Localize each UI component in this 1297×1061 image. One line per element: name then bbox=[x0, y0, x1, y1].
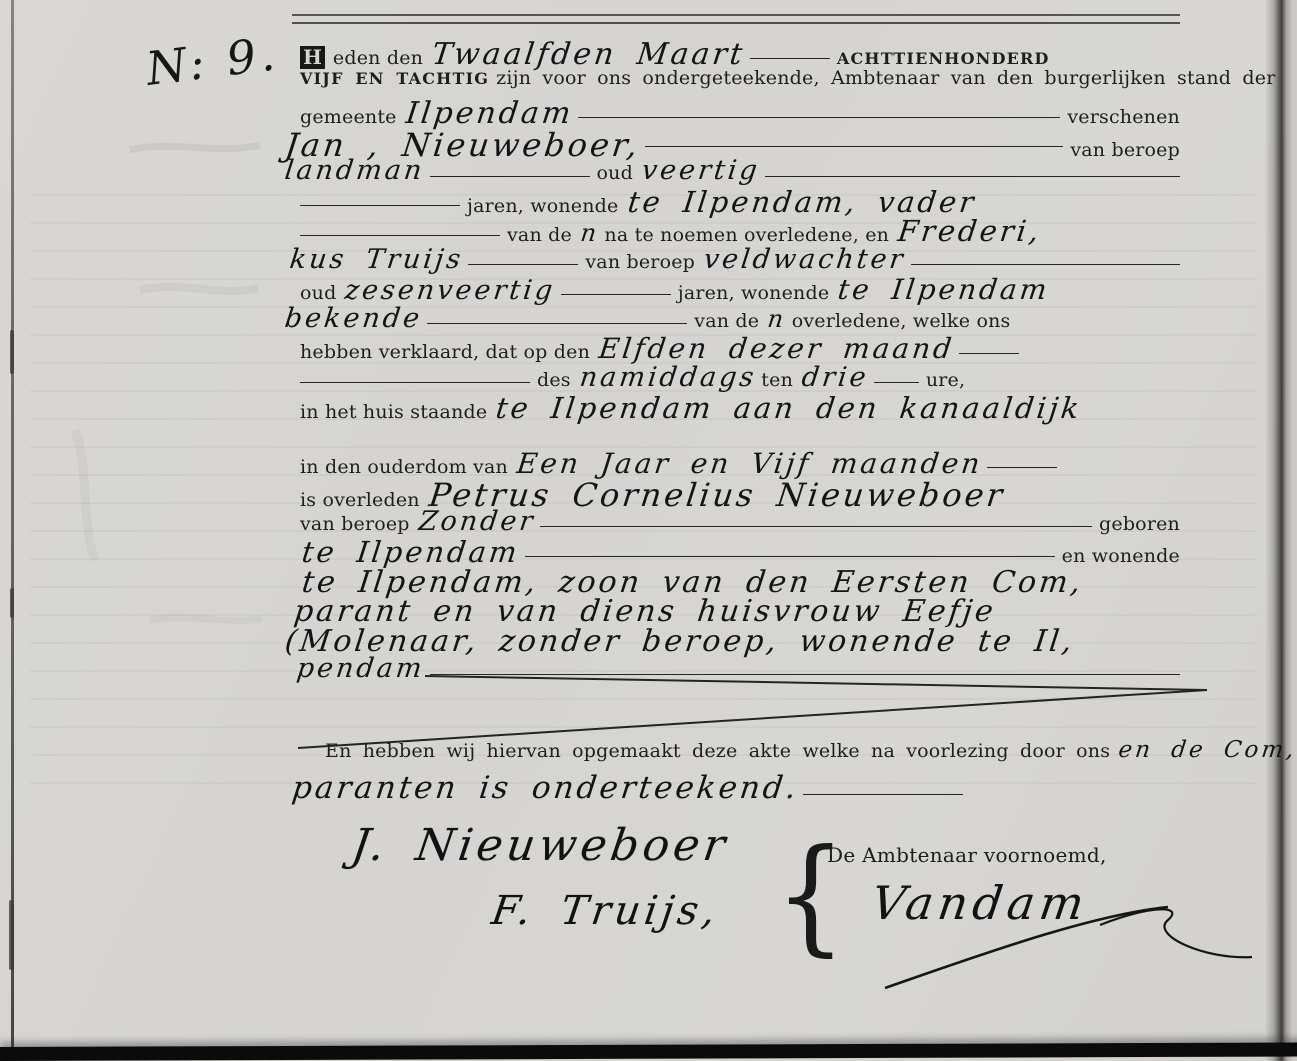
act-line: bekendevan denoverledene, welke ons bbox=[283, 303, 1180, 333]
blank-fill-line bbox=[300, 382, 530, 383]
handwritten-text: te Ilpendam bbox=[300, 535, 522, 569]
binding-ink-blob bbox=[10, 588, 14, 618]
printed-text: des bbox=[537, 369, 571, 391]
act-line: En hebben wij hiervan opgemaakt deze akt… bbox=[283, 737, 1180, 770]
handwritten-text: Frederi, bbox=[896, 214, 1043, 248]
act-body-text: Heden denTwaalfden MaartACHTTIENHONDERDV… bbox=[283, 37, 1180, 683]
handwritten-text: zesenveertig bbox=[343, 275, 557, 306]
printed-text: van beroep bbox=[1070, 139, 1180, 161]
printed-text: in het huis staande bbox=[300, 401, 487, 423]
handwritten-text: te Ilpendam bbox=[836, 273, 1051, 306]
handwritten-text: pendam bbox=[295, 653, 426, 684]
printed-text: is overleden bbox=[300, 489, 420, 511]
printed-text: van beroep bbox=[300, 513, 410, 535]
blank-fill-line bbox=[300, 235, 500, 236]
printed-text: gemeente bbox=[300, 106, 397, 128]
act-line: te Ilpendam, zoon van den Eersten Com, bbox=[283, 565, 1180, 595]
blank-fill-line bbox=[765, 176, 1180, 177]
bottom-scan-bar bbox=[0, 1042, 1297, 1061]
printed-text: oud bbox=[300, 282, 336, 304]
blank-fill-line bbox=[468, 264, 578, 265]
act-line: kus Truijsvan beroepveldwachter bbox=[283, 244, 1180, 274]
printed-text: en wonende bbox=[1062, 545, 1180, 567]
printed-text: ten bbox=[761, 369, 793, 391]
handwritten-text: te Ilpendam aan den kanaaldijk bbox=[494, 391, 1084, 425]
ornate-initial: H bbox=[300, 46, 325, 69]
handwritten-text: Een Jaar en Vijf maanden bbox=[515, 447, 985, 480]
handwritten-text: landman bbox=[283, 155, 426, 186]
act-line: oudzesenveertigjaren, wonendete Ilpendam bbox=[283, 273, 1180, 303]
handwritten-text: namiddags bbox=[578, 362, 758, 393]
signature-witness-2: F. Truijs, bbox=[489, 888, 722, 934]
closing-statement: En hebben wij hiervan opgemaakt deze akt… bbox=[283, 737, 1180, 803]
blank-fill-line bbox=[430, 176, 590, 177]
printed-text: En hebben wij hiervan opgemaakt deze akt… bbox=[325, 740, 1110, 762]
handwritten-text: paranten is onderteekend. bbox=[290, 770, 801, 806]
blank-fill-line bbox=[430, 674, 1180, 675]
handwritten-text: n bbox=[766, 305, 788, 333]
blank-fill-line bbox=[561, 294, 671, 295]
act-line: in den ouderdom vanEen Jaar en Vijf maan… bbox=[283, 447, 1180, 477]
blank-fill-line bbox=[750, 58, 830, 59]
official-title-label: De Ambtenaar voornoemd, bbox=[827, 843, 1107, 867]
act-line: hebben verklaard, dat op denElfden dezer… bbox=[283, 332, 1180, 362]
handwritten-text: Twaalfden Maart bbox=[430, 37, 747, 72]
handwritten-text: veldwachter bbox=[702, 244, 907, 275]
blank-fill-line bbox=[987, 467, 1057, 468]
blank-fill-line bbox=[803, 794, 963, 795]
blank-fill-line bbox=[645, 146, 1064, 147]
act-line: desnamiddagstendrieure, bbox=[283, 362, 1180, 392]
right-page-edge-shadow bbox=[1265, 0, 1297, 1061]
act-line: in het huis staandete Ilpendam aan den k… bbox=[283, 391, 1180, 421]
printed-text: van de bbox=[694, 310, 759, 332]
act-line: paranten is onderteekend. bbox=[283, 770, 1180, 803]
printed-text: van beroep bbox=[585, 251, 695, 273]
printed-text: jaren, wonende bbox=[467, 195, 619, 217]
printed-text: overledene, welke ons bbox=[792, 310, 1011, 332]
printed-text: van de bbox=[507, 224, 572, 246]
act-number: N: 9. bbox=[143, 26, 281, 96]
signature-witness-1: J. Nieuweboer bbox=[348, 820, 732, 871]
blank-fill-line bbox=[540, 526, 1092, 527]
act-line: Jan , Nieuweboer,van beroep bbox=[283, 126, 1180, 156]
handwritten-text: bekende bbox=[283, 303, 424, 334]
handwritten-text: n bbox=[579, 219, 601, 247]
handwritten-text: en de Com, bbox=[1117, 737, 1297, 763]
handwritten-text: kus Truijs bbox=[288, 244, 465, 275]
blank-fill-line bbox=[911, 264, 1180, 265]
act-line: gemeenteIlpendamverschenen bbox=[283, 96, 1180, 126]
act-line: landmanoudveertig bbox=[283, 155, 1180, 185]
act-line: (Molenaar, zonder beroep, wonende te Il, bbox=[283, 624, 1180, 654]
blank-fill-line bbox=[427, 323, 687, 324]
printed-smallcaps: ACHTTIENHONDERD bbox=[837, 49, 1050, 68]
handwritten-text: Elfden dezer maand bbox=[597, 332, 956, 365]
printed-text: jaren, wonende bbox=[678, 282, 830, 304]
blank-fill-line bbox=[578, 117, 1060, 118]
blank-fill-line bbox=[874, 382, 919, 383]
binding-ink-blob bbox=[9, 900, 14, 970]
handwritten-text: drie bbox=[800, 362, 871, 393]
act-line: jaren, wonendete Ilpendam, vader bbox=[283, 185, 1180, 215]
handwritten-text: Zonder bbox=[417, 506, 537, 537]
binding-ink-blob bbox=[10, 330, 14, 374]
handwritten-text: veertig bbox=[640, 155, 762, 186]
printed-text: ure, bbox=[926, 369, 965, 391]
act-line: te Ilpendamen wonende bbox=[283, 535, 1180, 565]
act-line: Heden denTwaalfden MaartACHTTIENHONDERD bbox=[283, 37, 1180, 67]
printed-text: hebben verklaard, dat op den bbox=[300, 341, 590, 363]
act-line: is overledenPetrus Cornelius Nieuweboer bbox=[283, 476, 1180, 506]
printed-text: verschenen bbox=[1067, 106, 1180, 128]
printed-text: geboren bbox=[1099, 513, 1180, 535]
printed-text: eden den bbox=[333, 47, 423, 69]
blank-fill-line bbox=[300, 205, 460, 206]
signature-official: Vandam bbox=[868, 876, 1092, 930]
death-certificate-scan: N: 9. Heden denTwaalfden MaartACHTTIENHO… bbox=[0, 0, 1297, 1061]
printed-text: oud bbox=[597, 162, 633, 184]
top-double-rule bbox=[292, 14, 1180, 24]
blank-fill-line bbox=[525, 556, 1055, 557]
printed-text: na te noemen overledene, en bbox=[604, 224, 889, 246]
blank-fill-line bbox=[959, 353, 1019, 354]
printed-text: in den ouderdom van bbox=[300, 456, 508, 478]
